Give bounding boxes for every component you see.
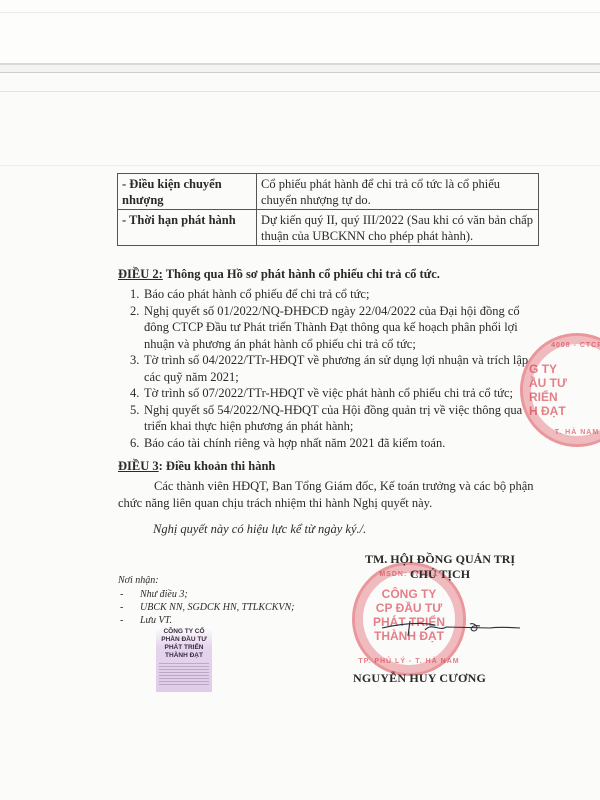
recipients-list: Như điều 3; UBCK NN, SGDCK HN, TTLKCKVN;… <box>118 588 295 627</box>
row-value: Cổ phiếu phát hành để chi trả cổ tức là … <box>257 174 539 210</box>
page-crease <box>0 12 600 13</box>
list-item: Lưu VT. <box>118 614 295 627</box>
handwritten-signature <box>380 618 530 638</box>
signer-body: TM. HỘI ĐỒNG QUẢN TRỊ <box>350 552 530 567</box>
signer-title: CHỦ TỊCH <box>350 567 530 582</box>
list-item: UBCK NN, SGDCK HN, TTLKCKVN; <box>118 601 295 614</box>
row-value: Dự kiến quý II, quý III/2022 (Sau khi có… <box>257 210 539 246</box>
article-3-body: Các thành viên HĐQT, Ban Tổng Giám đốc, … <box>118 478 540 512</box>
list-item: 5.Nghị quyết số 54/2022/NQ-HĐQT của Hội … <box>130 402 540 435</box>
company-seal-stamp: CÔNG TY CỔ PHẦN ĐẦU TƯ PHÁT TRIỂN THÀNH … <box>156 628 212 692</box>
effective-clause: Nghị quyết này có hiệu lực kể từ ngày ký… <box>153 522 366 537</box>
recipients-title: Nơi nhận: <box>118 574 295 587</box>
list-item: 2.Nghị quyết số 01/2022/NQ-ĐHĐCĐ ngày 22… <box>130 303 540 353</box>
table-row: - Thời hạn phát hành Dự kiến quý II, quý… <box>118 210 539 246</box>
list-item: 6.Báo cáo tài chính riêng và hợp nhất nă… <box>130 435 540 452</box>
page-crease <box>0 165 600 166</box>
article-title: Thông qua Hồ sơ phát hành cổ phiếu chi t… <box>166 267 440 281</box>
previous-page-edge <box>0 0 600 65</box>
seal-fine-print <box>159 663 209 685</box>
row-label: - Điều kiện chuyển nhượng <box>118 174 257 210</box>
article-number: ĐIỀU 3 <box>118 459 159 473</box>
row-label: - Thời hạn phát hành <box>118 210 257 246</box>
article-2-list: 1.Báo cáo phát hành cổ phiếu để chi trả … <box>130 286 540 451</box>
list-item: Như điều 3; <box>118 588 295 601</box>
list-item: 1.Báo cáo phát hành cổ phiếu để chi trả … <box>130 286 540 303</box>
article-number: ĐIỀU 2: <box>118 267 163 281</box>
article-2-heading: ĐIỀU 2: Thông qua Hồ sơ phát hành cổ phi… <box>118 267 440 282</box>
list-item: 4.Tờ trình số 07/2022/TTr-HĐQT về việc p… <box>130 385 540 402</box>
signer-name: NGUYỄN HUY CƯƠNG <box>353 671 486 686</box>
table-row: - Điều kiện chuyển nhượng Cổ phiếu phát … <box>118 174 539 210</box>
issuance-conditions-table: - Điều kiện chuyển nhượng Cổ phiếu phát … <box>117 173 539 246</box>
article-title: : Điều khoản thi hành <box>159 459 276 473</box>
page-crease <box>0 91 600 92</box>
recipients-block: Nơi nhận: Như điều 3; UBCK NN, SGDCK HN,… <box>118 574 295 627</box>
article-3-heading: ĐIỀU 3: Điều khoản thi hành <box>118 459 275 474</box>
list-item: 3.Tờ trình số 04/2022/TTr-HĐQT về phương… <box>130 352 540 385</box>
